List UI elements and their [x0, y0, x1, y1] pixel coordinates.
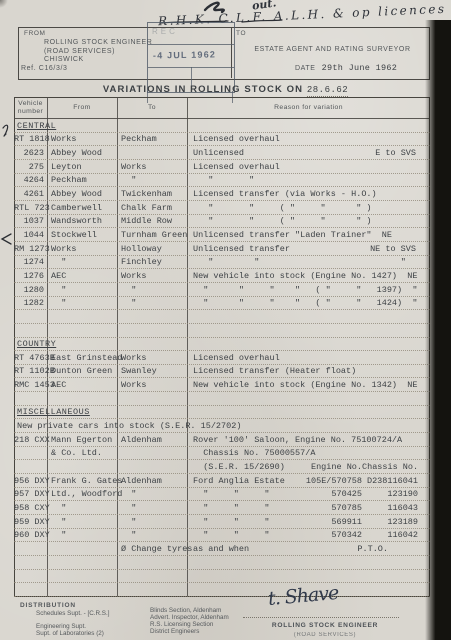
reason-cell: " " "569911123189 [187, 517, 430, 528]
vehicle-number: RT 1102B [14, 366, 47, 377]
reason-cell: Licensed transfer (via Works - H.O.) [187, 189, 430, 200]
chassis-no: Chassis No. [362, 462, 418, 473]
to-location: Aldenham [117, 476, 187, 487]
vehicle-number: RT 1818 [14, 134, 47, 145]
table-row: RT 1818WorksPeckhamLicensed overhaul [14, 133, 430, 147]
table-row: 960 DXY " " " " "570342116042 [14, 529, 430, 543]
reason-cell: New vehicle into stock (Engine No. 1427)… [187, 271, 430, 282]
reason-text: Licensed transfer (Heater float) [193, 366, 430, 377]
distribution-item: Advert. Inspector, Aldenham [150, 614, 229, 621]
reason-text: Unlicensed transfer "Laden Trainer" NE [193, 230, 430, 241]
date-label: DATE [295, 65, 316, 72]
from-location: Ltd., Woodford [47, 489, 117, 500]
reference-number: Ref. C16/3/3 [21, 65, 68, 72]
from-location: Peckham [47, 175, 117, 186]
stamp-date: -4 JUL 1962 [153, 49, 216, 60]
reason-cell: Licensed overhaul [187, 134, 430, 145]
reason-text: " " " [193, 517, 292, 528]
table-row: New private cars into stock (S.E.R. 15/2… [14, 419, 430, 433]
vehicle-number: 1044 [14, 230, 47, 241]
reason-cell: " " "570785116043 [187, 503, 430, 514]
engine-no: 569911 [292, 517, 362, 528]
blank-row [14, 556, 430, 570]
reason-text: " " " [193, 530, 292, 541]
table-row: (S.E.R. 15/2690)Engine No.Chassis No. [14, 460, 430, 474]
vehicle-number: 957 DXY [14, 489, 47, 500]
distribution-item: Schedules Supt. - [C.R.S.] [36, 610, 110, 617]
vehicle-number: 4264 [14, 175, 47, 186]
reason-cell: Ford Anglia Estate105E/570758D238116041 [187, 476, 430, 487]
table-row: & Co. Ltd. Chassis No. 75000557/A [14, 447, 430, 461]
reason-cell: " " " " ( " " 1397) " [187, 285, 430, 296]
table-row: RM 1273WorksHollowayUnlicensed transferN… [14, 242, 430, 256]
table-row: 958 CXY " " " " "570785116043 [14, 501, 430, 515]
blank-row [14, 310, 430, 324]
from-location: " [47, 298, 117, 309]
from-location: " [47, 503, 117, 514]
to-location: " [117, 503, 187, 514]
from-location: Frank G. Gates [47, 476, 117, 487]
from-location: " [47, 285, 117, 296]
col-header-from: From [47, 97, 117, 118]
distribution-item: District Engineers [150, 628, 229, 635]
from-location: Mann Egerton [47, 435, 117, 446]
to-location: Holloway [117, 244, 187, 255]
reason-cell: " " " " ( " " 1424) " [187, 298, 430, 309]
table-row: 1274 "Finchley " "" [14, 256, 430, 270]
date-value: 29th June 1962 [322, 63, 398, 73]
engine-no: Engine No. [292, 462, 362, 473]
table-row: 218 CXXMann EgertonAldenhamRover '100' S… [14, 433, 430, 447]
distribution-list-right: Blinds Section, AldenhamAdvert. Inspecto… [150, 607, 229, 635]
vehicle-number: RMC 1453 [14, 380, 47, 391]
title-date: 28.6.62 [307, 85, 348, 97]
table-row: RT 4763BEast GrinsteadWorksLicensed over… [14, 351, 430, 365]
from-location: " [47, 257, 117, 268]
vehicle-number: 4261 [14, 189, 47, 200]
vehicle-number: RTL 723 [14, 203, 47, 214]
reason-right-note: E to SVS [375, 148, 416, 159]
to-location: Works [117, 271, 187, 282]
reason-cell: " "" [187, 257, 430, 268]
reason-cell: New vehicle into stock (Engine No. 1342)… [187, 380, 430, 391]
reason-cell: Unlicensed transferNE to SVS [187, 244, 430, 255]
full-width-note: New private cars into stock (S.E.R. 15/2… [14, 421, 241, 432]
distribution-item: Supt. of Laboratories (2) [36, 630, 110, 637]
reason-text: " " " " ( " " 1397) " [193, 285, 430, 296]
to-location: " [117, 517, 187, 528]
scanned-memo-page: out. R.H.K. C.L.F. A.L.H. & op licences … [0, 0, 451, 640]
from-org-line2: (ROAD SERVICES) [44, 48, 115, 55]
table-row: Ø Change tyresas and whenP.T.O. [14, 542, 430, 556]
section-label: COUNTRY [14, 339, 56, 350]
chassis-no: D238116041 [362, 476, 418, 487]
section-label: MISCELLANEOUS [14, 407, 90, 418]
to-location: Swanley [117, 366, 187, 377]
scan-corner-smudge [0, 0, 8, 8]
from-location: Camberwell [47, 203, 117, 214]
col-header-reason: Reason for variation [187, 97, 430, 118]
vehicle-number: 2623 [14, 148, 47, 159]
reason-cell: " " ( " " " ) [187, 216, 430, 227]
to-location: " [117, 298, 187, 309]
reason-cell: Licensed transfer (Heater float) [187, 366, 430, 377]
title-printed: VARIATIONS IN ROLLING STOCK ON [103, 84, 303, 95]
to-location: Peckham [117, 134, 187, 145]
from-location: AEC [47, 271, 117, 282]
reason-text: as and when [193, 544, 430, 555]
section-row: COUNTRY [14, 338, 430, 352]
to-location: Twickenham [117, 189, 187, 200]
to-location: Middle Row [117, 216, 187, 227]
stamp-line [148, 44, 234, 45]
table-row: 275LeytonWorksLicensed overhaul [14, 160, 430, 174]
vehicle-number: 960 DXY [14, 530, 47, 541]
reason-text: Licensed transfer (via Works - H.O.) [193, 189, 430, 200]
reason-right-note: NE to SVS [370, 244, 416, 255]
vehicle-number: 1280 [14, 285, 47, 296]
signature-line [243, 617, 399, 618]
reason-right-note: P.T.O. [357, 544, 388, 555]
reason-cell: Unlicensed transfer "Laden Trainer" NE [187, 230, 430, 241]
vehicle-number: 1282 [14, 298, 47, 309]
reason-text: " " " " ( " " 1424) " [193, 298, 430, 309]
to-location: Chalk Farm [117, 203, 187, 214]
section-label: CENTRAL [14, 121, 56, 132]
reason-text: " " " [193, 489, 292, 500]
vehicle-number: 956 DXY [14, 476, 47, 487]
vehicle-number: 275 [14, 162, 47, 173]
vehicle-number: RM 1273 [14, 244, 47, 255]
distribution-label: DISTRIBUTION [20, 602, 76, 609]
vehicle-number: 1037 [14, 216, 47, 227]
margin-marks [0, 122, 14, 252]
col-header-to: To [117, 97, 187, 118]
table-row: RTL 723CamberwellChalk Farm " " ( " " " … [14, 201, 430, 215]
table-body: CENTRALRT 1818WorksPeckhamLicensed overh… [14, 119, 430, 597]
reason-text: " " ( " " " ) [193, 216, 430, 227]
table-row: RT 1102BDunton GreenSwanleyLicensed tran… [14, 365, 430, 379]
engine-no: 570425 [292, 489, 362, 500]
to-location: Turnham Green [117, 230, 187, 241]
reason-text: " " [193, 257, 430, 268]
reason-right-note: " [401, 257, 416, 268]
vehicle-number: 959 DXY [14, 517, 47, 528]
from-location: Wandsworth [47, 216, 117, 227]
vehicle-number: 1276 [14, 271, 47, 282]
chassis-no: 116043 [362, 503, 418, 514]
from-location: " [47, 530, 117, 541]
reason-cell: (S.E.R. 15/2690)Engine No.Chassis No. [187, 462, 430, 473]
from-org-line3: CHISWICK [44, 56, 84, 63]
table-row: 4264Peckham " " " [14, 174, 430, 188]
table-header-row: Vehicle number From To Reason for variat… [14, 97, 430, 119]
reason-text: Rover '100' Saloon, Engine No. 75100724/… [193, 435, 430, 446]
reason-cell: UnlicensedE to SVS [187, 148, 430, 159]
reason-text: " " " [193, 503, 292, 514]
reason-cell: Chassis No. 75000557/A [187, 448, 430, 459]
reason-cell: " " [187, 175, 430, 186]
stamp-received-text: REC [152, 27, 178, 36]
table-row: 957 DXYLtd., Woodford " " " "57042512319… [14, 488, 430, 502]
reason-text: Chassis No. 75000557/A [193, 448, 430, 459]
from-location: Abbey Wood [47, 148, 117, 159]
chassis-no: 123189 [362, 517, 418, 528]
from-location: Abbey Wood [47, 189, 117, 200]
section-row: CENTRAL [14, 119, 430, 133]
to-location: Finchley [117, 257, 187, 268]
from-label: FROM [24, 30, 46, 37]
engine-no: 570785 [292, 503, 362, 514]
chassis-no: 123190 [362, 489, 418, 500]
date-line: DATE29th June 1962 [295, 63, 397, 73]
to-location: " [117, 530, 187, 541]
reason-text: New vehicle into stock (Engine No. 1427)… [193, 271, 430, 282]
reason-text: " " [193, 175, 430, 186]
reason-cell: Licensed overhaul [187, 353, 430, 364]
signatory-subtitle: (ROAD SERVICES) [250, 632, 400, 638]
reason-cell: " " "570425123190 [187, 489, 430, 500]
from-location: Works [47, 134, 117, 145]
margin-arrow-mark [2, 234, 11, 244]
to-location: Works [117, 162, 187, 173]
margin-tick-mark [3, 125, 8, 136]
from-location: Stockwell [47, 230, 117, 241]
reason-text: Licensed overhaul [193, 162, 430, 173]
col-header-vehicle-number: Vehicle number [14, 97, 47, 118]
vehicle-number: RT 4763B [14, 353, 47, 364]
reason-text: Ford Anglia Estate [193, 476, 292, 487]
to-recipient: ESTATE AGENT AND RATING SURVEYOR [240, 46, 425, 53]
table-row: 1282 " " " " " " ( " " 1424) " [14, 297, 430, 311]
vehicle-number: 958 CXY [14, 503, 47, 514]
engine-no: 105E/570758 [292, 476, 362, 487]
from-location: Works [47, 244, 117, 255]
section-row: MISCELLANEOUS [14, 406, 430, 420]
distribution-list-left: Schedules Supt. - [C.R.S.]Engineering Su… [36, 610, 110, 637]
table-row: RMC 1453AECWorksNew vehicle into stock (… [14, 378, 430, 392]
reason-cell: as and whenP.T.O. [187, 544, 430, 555]
scan-edge-black-strip [425, 20, 451, 640]
table-row: 2623Abbey WoodUnlicensedE to SVS [14, 146, 430, 160]
reason-cell: " " "570342116042 [187, 530, 430, 541]
from-location: " [47, 517, 117, 528]
to-location: " [117, 175, 187, 186]
vehicle-number: 1274 [14, 257, 47, 268]
to-location: Works [117, 380, 187, 391]
table-row: 956 DXYFrank G. GatesAldenhamFord Anglia… [14, 474, 430, 488]
table-row: 1280 " " " " " " ( " " 1397) " [14, 283, 430, 297]
reason-text: New vehicle into stock (Engine No. 1342)… [193, 380, 430, 391]
reason-text: Licensed overhaul [193, 353, 430, 364]
blank-row [14, 324, 430, 338]
from-org-line1: ROLLING STOCK ENGINEER [44, 39, 152, 46]
table-row: 1037WandsworthMiddle Row " " ( " " " ) [14, 215, 430, 229]
signatory-title: ROLLING STOCK ENGINEER [250, 622, 400, 629]
vehicle-number: 218 CXX [14, 435, 47, 446]
from-location: AEC [47, 380, 117, 391]
reason-text: " " ( " " " ) [193, 203, 430, 214]
to-location: Aldenham [117, 435, 187, 446]
blank-row [14, 583, 430, 597]
to-label: TO [236, 30, 246, 37]
table-row: 1276AECWorksNew vehicle into stock (Engi… [14, 269, 430, 283]
signature: t. Shave [267, 582, 339, 610]
table-row: 959 DXY " " " " "569911123189 [14, 515, 430, 529]
chassis-no: 116042 [362, 530, 418, 541]
from-location: & Co. Ltd. [47, 448, 117, 459]
reason-text: Licensed overhaul [193, 134, 430, 145]
reason-cell: Licensed overhaul [187, 162, 430, 173]
reason-cell: Rover '100' Saloon, Engine No. 75100724/… [187, 435, 430, 446]
table-row: 1044StockwellTurnham GreenUnlicensed tra… [14, 228, 430, 242]
from-location: Leyton [47, 162, 117, 173]
blank-row [14, 392, 430, 406]
distribution-item: R.S. Licensing Section [150, 621, 229, 628]
to-location: " [117, 489, 187, 500]
from-location: Dunton Green [47, 366, 117, 377]
to-location: " [117, 285, 187, 296]
reason-text: (S.E.R. 15/2690) [193, 462, 292, 473]
to-location: Ø Change tyres [117, 544, 187, 555]
from-location: East Grinstead [47, 353, 117, 364]
engine-no: 570342 [292, 530, 362, 541]
distribution-item: Engineering Supt. [36, 623, 110, 630]
table-row: 4261Abbey WoodTwickenhamLicensed transfe… [14, 187, 430, 201]
reason-cell: " " ( " " " ) [187, 203, 430, 214]
to-location: Works [117, 353, 187, 364]
distribution-item: Blinds Section, Aldenham [150, 607, 229, 614]
document-title: VARIATIONS IN ROLLING STOCK ON 28.6.62 [0, 84, 451, 95]
blank-row [14, 570, 430, 584]
